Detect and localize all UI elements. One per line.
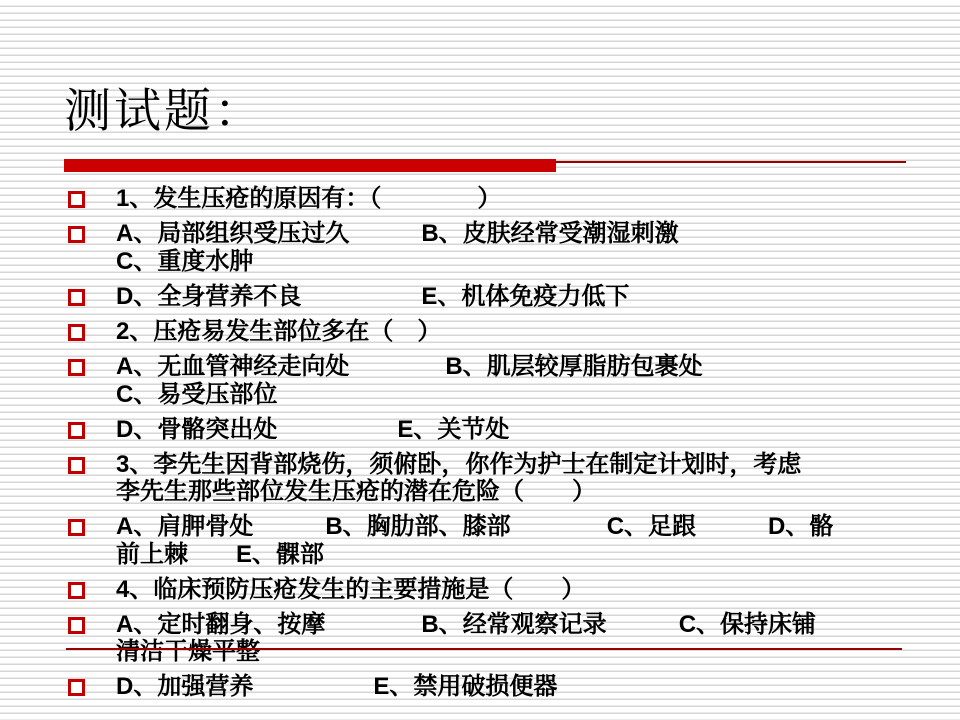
quiz-item-text: 1、发生压疮的原因有：（ ）: [116, 185, 908, 213]
bullet-square-icon: [68, 582, 85, 599]
quiz-item: D、全身营养不良 E、机体免疫力低下: [68, 283, 908, 311]
quiz-item-text: 2、压疮易发生部位多在（ ）: [116, 318, 908, 346]
question-line: 3、李先生因背部烧伤，须俯卧，你作为护士在制定计划时，考虑: [116, 451, 908, 479]
slide-title: 测试题：: [64, 84, 264, 140]
red-divider-line: [66, 648, 902, 650]
option-line: D、加强营养 E、禁用破损便器: [116, 673, 908, 701]
question-line: 李先生那些部位发生压疮的潜在危险（ ）: [116, 479, 908, 506]
quiz-item: 1、发生压疮的原因有：（ ）: [68, 185, 908, 213]
bullet-square-icon: [68, 191, 85, 208]
quiz-item: A、局部组织受压过久 B、皮肤经常受潮湿刺激 C、重度水肿: [68, 220, 908, 276]
title-underline-bar: [64, 159, 556, 172]
bullet-square-icon: [68, 226, 85, 243]
question-line: 2、压疮易发生部位多在（ ）: [116, 318, 908, 346]
bullet-square-icon: [68, 324, 85, 341]
option-line: A、肩胛骨处 B、胸肋部、膝部 C、足跟 D、骼: [116, 513, 908, 541]
option-line: A、定时翻身、按摩 B、经常观察记录 C、保持床铺: [116, 611, 908, 639]
quiz-item: 3、李先生因背部烧伤，须俯卧，你作为护士在制定计划时，考虑 李先生那些部位发生压…: [68, 451, 908, 506]
bullet-square-icon: [68, 617, 85, 634]
quiz-item-text: A、局部组织受压过久 B、皮肤经常受潮湿刺激 C、重度水肿: [116, 220, 908, 276]
title-underline-thin-line: [556, 161, 906, 163]
quiz-item: 2、压疮易发生部位多在（ ）: [68, 318, 908, 346]
bullet-square-icon: [68, 422, 85, 439]
quiz-item: 4、临床预防压疮发生的主要措施是（ ）: [68, 576, 908, 604]
option-line: D、骨骼突出处 E、关节处: [116, 416, 908, 444]
slide: { "slide": { "title": "测试题：", "accent_co…: [0, 0, 960, 720]
quiz-item-text: 3、李先生因背部烧伤，须俯卧，你作为护士在制定计划时，考虑 李先生那些部位发生压…: [116, 451, 908, 506]
option-line: 前上棘 E、髁部: [116, 541, 908, 569]
quiz-item-text: D、全身营养不良 E、机体免疫力低下: [116, 283, 908, 311]
bullet-square-icon: [68, 457, 85, 474]
option-line: 清洁干燥平整: [116, 639, 908, 666]
quiz-item: D、骨骼突出处 E、关节处: [68, 416, 908, 444]
question-line: 4、临床预防压疮发生的主要措施是（ ）: [116, 576, 908, 604]
option-line: D、全身营养不良 E、机体免疫力低下: [116, 283, 908, 311]
quiz-list: 1、发生压疮的原因有：（ ） A、局部组织受压过久 B、皮肤经常受潮湿刺激 C、…: [68, 185, 908, 708]
option-line: A、局部组织受压过久 B、皮肤经常受潮湿刺激: [116, 220, 908, 248]
quiz-item-text: D、加强营养 E、禁用破损便器: [116, 673, 908, 701]
option-line: A、无血管神经走向处 B、肌层较厚脂肪包裹处: [116, 353, 908, 381]
quiz-item: A、肩胛骨处 B、胸肋部、膝部 C、足跟 D、骼 前上棘 E、髁部: [68, 513, 908, 569]
bullet-square-icon: [68, 359, 85, 376]
bullet-square-icon: [68, 289, 85, 306]
option-line: C、易受压部位: [116, 381, 908, 409]
quiz-item-text: 4、临床预防压疮发生的主要措施是（ ）: [116, 576, 908, 604]
bullet-square-icon: [68, 519, 85, 536]
quiz-item: A、定时翻身、按摩 B、经常观察记录 C、保持床铺 清洁干燥平整: [68, 611, 908, 666]
quiz-item: D、加强营养 E、禁用破损便器: [68, 673, 908, 701]
option-line: C、重度水肿: [116, 248, 908, 276]
quiz-item-text: A、无血管神经走向处 B、肌层较厚脂肪包裹处 C、易受压部位: [116, 353, 908, 409]
quiz-item: A、无血管神经走向处 B、肌层较厚脂肪包裹处 C、易受压部位: [68, 353, 908, 409]
quiz-item-text: D、骨骼突出处 E、关节处: [116, 416, 908, 444]
quiz-item-text: A、定时翻身、按摩 B、经常观察记录 C、保持床铺 清洁干燥平整: [116, 611, 908, 666]
bullet-square-icon: [68, 679, 85, 696]
question-line: 1、发生压疮的原因有：（ ）: [116, 185, 908, 213]
quiz-item-text: A、肩胛骨处 B、胸肋部、膝部 C、足跟 D、骼 前上棘 E、髁部: [116, 513, 908, 569]
